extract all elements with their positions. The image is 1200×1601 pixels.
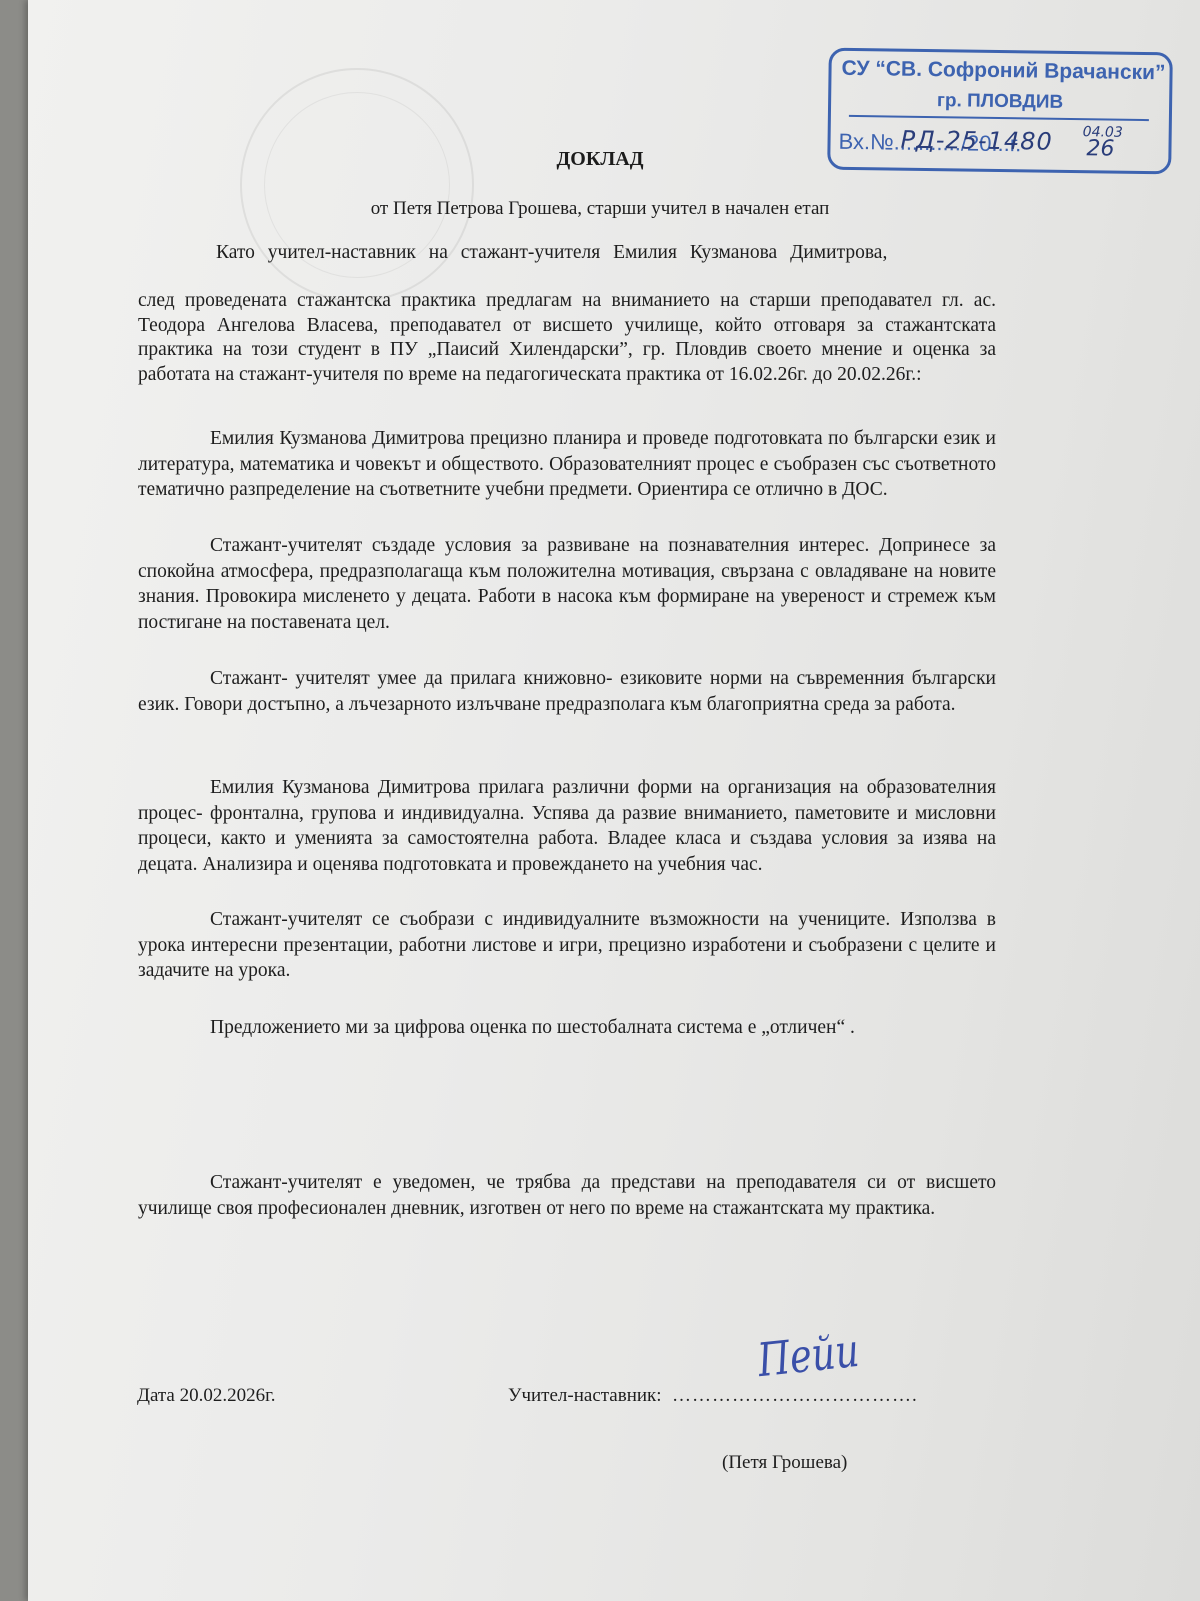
report-date: Дата 20.02.2026г. xyxy=(137,1385,276,1407)
paragraph-organization: Емилия Кузманова Димитрова прилага разли… xyxy=(138,775,996,877)
signature-line: ………………………………. xyxy=(672,1385,918,1407)
intro-paragraph: след проведената стажантска практика пре… xyxy=(138,289,996,387)
mentor-name: (Петя Грошева) xyxy=(722,1452,847,1474)
faint-seal-imprint xyxy=(240,68,474,302)
paragraph-language: Стажант- учителят умее да прилага книжов… xyxy=(138,666,996,717)
stamp-city: гр. ПЛОВДИВ xyxy=(831,89,1169,116)
intro-first-line: Като учител-наставник на стажант-учителя… xyxy=(138,240,996,266)
stamp-divider xyxy=(849,115,1149,121)
paragraph-grade: Предложението ми за цифрова оценка по ше… xyxy=(138,1015,996,1041)
paragraph-individual: Стажант-учителят се съобрази с индивидуа… xyxy=(138,907,996,984)
paragraph-atmosphere: Стажант-учителят създаде условия за разв… xyxy=(138,533,996,635)
stamp-institution: СУ “СВ. Софроний Врачански” xyxy=(841,57,1165,86)
paragraph-planning: Емилия Кузманова Димитрова прецизно план… xyxy=(138,426,996,503)
handwritten-signature: Пейи xyxy=(755,1323,861,1387)
document-title: ДОКЛАД xyxy=(0,148,1200,171)
document-subtitle: от Петя Петрова Грошева, старши учител в… xyxy=(0,198,1200,220)
mentor-label: Учител-наставник: xyxy=(508,1385,662,1407)
paragraph-diary: Стажант-учителят е уведомен, че трябва д… xyxy=(138,1170,996,1221)
